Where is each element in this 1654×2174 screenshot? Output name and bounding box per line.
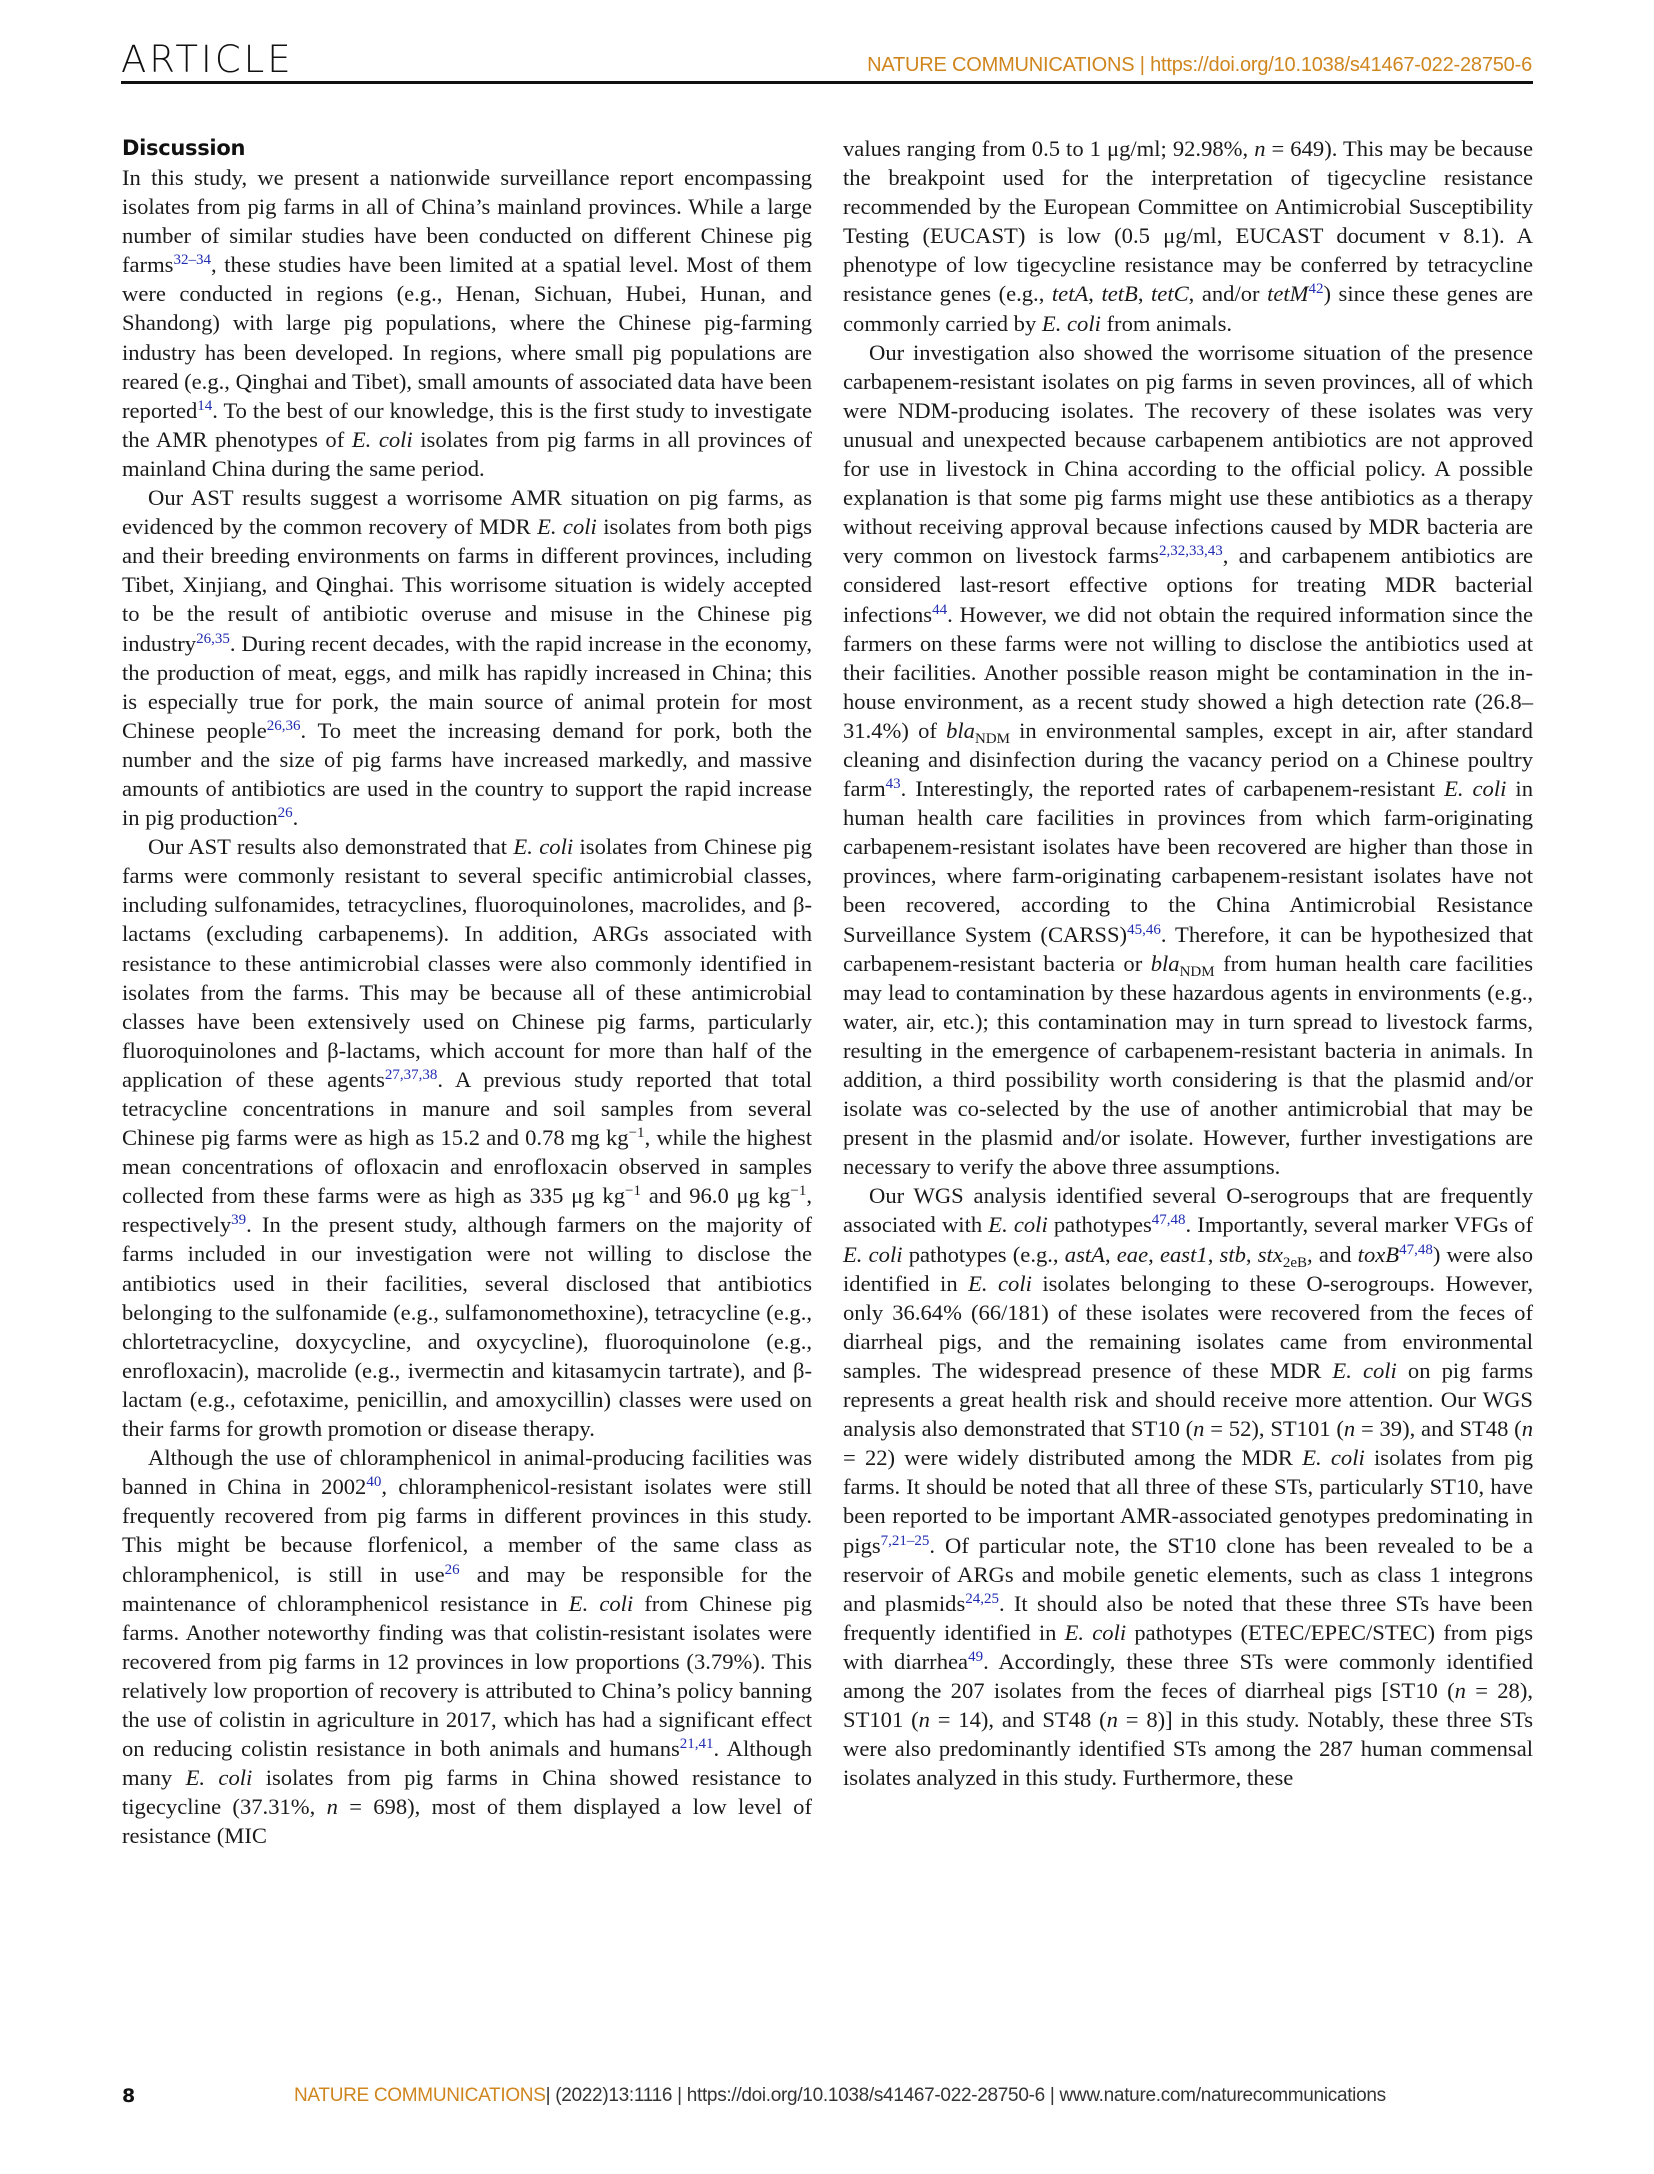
exponent: −1: [790, 1183, 806, 1199]
variable-n: n: [919, 1707, 930, 1732]
gene-subscript: NDM: [1180, 964, 1215, 980]
citation-link[interactable]: 39: [231, 1212, 246, 1228]
species-name: E. coli: [1302, 1445, 1365, 1470]
text: = 14), and ST48 (: [930, 1707, 1107, 1732]
text: Our investigation also showed the worris…: [843, 340, 1533, 569]
paragraph-4: Although the use of chloramphenicol in a…: [122, 1443, 812, 1850]
citation-link[interactable]: 49: [968, 1649, 983, 1665]
text: from human health care facilities may le…: [843, 951, 1533, 1180]
text: values ranging from 0.5 to 1 μg/ml; 92.9…: [843, 136, 1254, 161]
text: . Interestingly, the reported rates of c…: [901, 776, 1444, 801]
paragraph-4-continued: values ranging from 0.5 to 1 μg/ml; 92.9…: [843, 134, 1533, 338]
gene-subscript: NDM: [975, 731, 1010, 747]
text: ,: [1088, 281, 1101, 306]
citation-link[interactable]: 27,37,38: [385, 1067, 438, 1083]
exponent: −1: [625, 1183, 641, 1199]
exponent: −1: [629, 1125, 645, 1141]
citation-link[interactable]: 47,48: [1399, 1242, 1433, 1258]
citation-link[interactable]: 47,48: [1152, 1212, 1186, 1228]
species-name: E. coli: [1332, 1358, 1396, 1383]
citation-link[interactable]: 21,41: [680, 1736, 714, 1752]
variable-n: n: [1193, 1416, 1204, 1441]
text: and 96.0 μg kg: [641, 1183, 790, 1208]
species-name: E. coli: [1042, 311, 1101, 336]
species-name: E. coli: [988, 1212, 1047, 1237]
paragraph-6: Our WGS analysis identified several O-se…: [843, 1181, 1533, 1792]
text: ,: [1138, 281, 1151, 306]
citation-link[interactable]: 44: [932, 602, 947, 618]
citation-link[interactable]: 26: [278, 805, 293, 821]
species-name: E. coli: [569, 1591, 633, 1616]
citation-link[interactable]: 14: [197, 398, 212, 414]
species-name: E. coli: [843, 1242, 903, 1267]
citation-link[interactable]: 45,46: [1127, 922, 1161, 938]
text: ,: [1148, 1242, 1160, 1267]
left-column: Discussion In this study, we present a n…: [122, 134, 812, 1850]
text: = 39), and ST48 (: [1355, 1416, 1522, 1441]
gene-name: tetC: [1151, 281, 1189, 306]
variable-n: n: [327, 1794, 338, 1819]
variable-n: n: [1522, 1416, 1533, 1441]
text: .: [293, 805, 299, 830]
gene-name: east1: [1160, 1242, 1208, 1267]
text: , and/or: [1189, 281, 1267, 306]
gene-name: astA: [1065, 1242, 1105, 1267]
text: , and: [1307, 1242, 1358, 1267]
paragraph-5: Our investigation also showed the worris…: [843, 338, 1533, 1182]
section-label: ARTICLE: [121, 40, 294, 80]
text: isolates from Chinese pig farms were com…: [122, 834, 812, 1092]
text: Our AST results also demonstrated that: [148, 834, 513, 859]
text: from animals.: [1101, 311, 1232, 336]
citation-link[interactable]: 43: [886, 776, 901, 792]
species-name: E. coli: [1444, 776, 1506, 801]
species-name: E. coli: [352, 427, 413, 452]
variable-n: n: [1254, 136, 1265, 161]
paragraph-1: In this study, we present a nationwide s…: [122, 163, 812, 483]
text: = 22) were widely distributed among the …: [843, 1445, 1302, 1470]
citation-link[interactable]: 2,32,33,43: [1159, 543, 1223, 559]
variable-n: n: [1344, 1416, 1355, 1441]
gene-subscript: 2eB: [1283, 1255, 1307, 1271]
species-name: E. coli: [968, 1271, 1032, 1296]
species-name: E. coli: [1065, 1620, 1127, 1645]
gene-name: stx: [1258, 1242, 1283, 1267]
right-column: values ranging from 0.5 to 1 μg/ml; 92.9…: [843, 134, 1533, 1792]
citation-link[interactable]: 32–34: [173, 252, 211, 268]
paragraph-3: Our AST results also demonstrated that E…: [122, 832, 812, 1443]
gene-name: bla: [1151, 951, 1180, 976]
header-divider: [121, 81, 1533, 84]
paragraph-2: Our AST results suggest a worrisome AMR …: [122, 483, 812, 832]
citation-link[interactable]: 26,35: [196, 631, 230, 647]
journal-doi-link[interactable]: NATURE COMMUNICATIONS | https://doi.org/…: [867, 53, 1532, 77]
citation-link[interactable]: 26: [445, 1562, 460, 1578]
gene-name: tetA: [1052, 281, 1088, 306]
text: . Importantly, several marker VFGs of: [1186, 1212, 1533, 1237]
page-number: 8: [122, 2082, 135, 2110]
text: ,: [1246, 1242, 1258, 1267]
gene-name: tetB: [1101, 281, 1137, 306]
text: . In the present study, although farmers…: [122, 1212, 812, 1441]
citation-link[interactable]: 7,21–25: [881, 1533, 930, 1549]
text: pathotypes (e.g.,: [903, 1242, 1065, 1267]
gene-name: eae: [1117, 1242, 1148, 1267]
citation-link[interactable]: 42: [1309, 281, 1324, 297]
gene-name: stb: [1220, 1242, 1246, 1267]
citation-link[interactable]: 40: [366, 1474, 381, 1490]
text: ,: [1105, 1242, 1117, 1267]
species-name: E. coli: [537, 514, 597, 539]
text: ,: [1208, 1242, 1220, 1267]
species-name: E. coli: [186, 1765, 253, 1790]
page-footer: 8 NATURE COMMUNICATIONS| (2022)13:1116 |…: [122, 2082, 1534, 2110]
footer-links[interactable]: | (2022)13:1116 | https://doi.org/10.103…: [546, 2085, 1386, 2106]
text: pathotypes: [1048, 1212, 1152, 1237]
footer-citation: NATURE COMMUNICATIONS| (2022)13:1116 | h…: [294, 2082, 1386, 2110]
variable-n: n: [1107, 1707, 1118, 1732]
variable-n: n: [1455, 1678, 1466, 1703]
citation-link[interactable]: 24,25: [965, 1591, 999, 1607]
species-name: E. coli: [513, 834, 573, 859]
gene-name: tetM: [1267, 281, 1308, 306]
citation-link[interactable]: 26,36: [267, 718, 301, 734]
gene-name: toxB: [1358, 1242, 1399, 1267]
gene-name: bla: [946, 718, 975, 743]
section-heading: Discussion: [122, 134, 812, 163]
text: = 52), ST101 (: [1204, 1416, 1343, 1441]
journal-name: NATURE COMMUNICATIONS: [294, 2085, 546, 2106]
